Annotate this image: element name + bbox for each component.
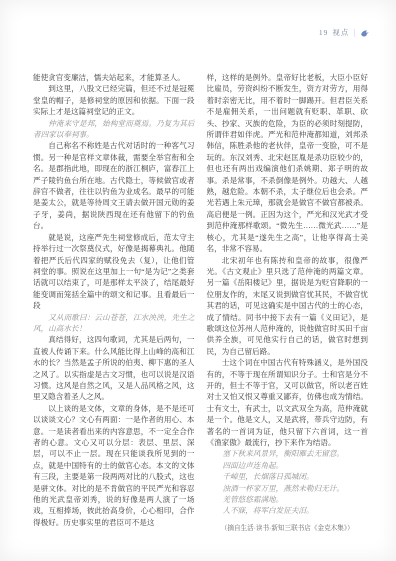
dove-icon [360,28,370,38]
poem-line: 羌管悠悠霜满地。 [223,494,369,505]
magazine-page: 19 视点 | 能使贪官变廉洁，懦夫站起来，才能算圣人。 到这里，八股文已经完篇… [0,0,396,561]
paragraph: 到这里，八股文已经完篇，但还不过是冠冕堂皇的帽子，是修祠堂的原因和依据。下面一段… [33,83,195,117]
paragraph: 就是说，这座严先生祠堂修成后，范太守主持举行过一次祭奠仪式，好像是揭幕典礼。他随… [33,232,195,312]
quote-excerpt: 又从而歌曰：云山苍苍，江水泱泱，先生之风，山高水长！ [33,312,195,335]
poem-line: 塞下秋来风景异，衡阳雁去无留意。 [223,448,369,459]
paragraph: 北宋初年也有陈抟和皇帝的故事，很像严光。《古文观止》里只选了范仲淹的两篇文章。另… [207,255,369,358]
paragraph: 以上谈的是文体，文章的身体，是不是还可以谈谈文心？文心有两面：一是作者的用心、本… [33,403,195,528]
poem-line: 千嶂里，长烟落日孤城闭。 [223,471,369,482]
poem-line: 浊酒一杯家万里，燕然未勒归无计。 [223,483,369,494]
paragraph: 自己称名不称姓是古代对话时的一种客气习惯。另一种是官样文章体裁，需要全举官衔和全… [33,140,195,231]
paragraph: 士这个词在中国古代有特殊涵义，是外国没有的，不等于现在所谓知识分子。士和官是分不… [207,357,369,448]
poem-block: 塞下秋来风景异，衡阳雁去无留意。 四面边声连角起。 千嶂里，长烟落日孤城闭。 浊… [207,448,369,516]
paragraph: 样，这样的是例外。皇帝好比老板，大臣小臣好比雇员，劳资纠纷不断发生，资方对劳方，… [207,72,369,255]
source-attribution: （摘自生活·读书·新知三联书店《金克木集》） [207,523,369,534]
page-number: 19 [319,28,329,37]
page-header: 19 视点 | [319,27,370,38]
paragraph: 真结得好，这四句歌词，尤其是后两句，一直被人传诵下来。什么风能比得上山峰的高和江… [33,334,195,402]
header-separator: | [353,28,356,37]
quote-excerpt: 仲淹来守是邦，始构堂而奠焉。乃复为其后者四家以奉祠事。 [33,118,195,141]
poem-line: 人不寐，将军白发征夫泪。 [223,505,369,516]
section-title: 视点 [332,27,349,38]
poem-line: 四面边声连角起。 [223,460,369,471]
left-column: 能使贪官变廉洁，懦夫站起来，才能算圣人。 到这里，八股文已经完篇，但还不过是冠冕… [33,72,195,534]
article-body: 能使贪官变廉洁，懦夫站起来，才能算圣人。 到这里，八股文已经完篇，但还不过是冠冕… [33,72,368,534]
paragraph: 能使贪官变廉洁，懦夫站起来，才能算圣人。 [33,72,195,83]
right-column: 样，这样的是例外。皇帝好比老板，大臣小臣好比雇员，劳资纠纷不断发生，资方对劳方，… [207,72,369,534]
